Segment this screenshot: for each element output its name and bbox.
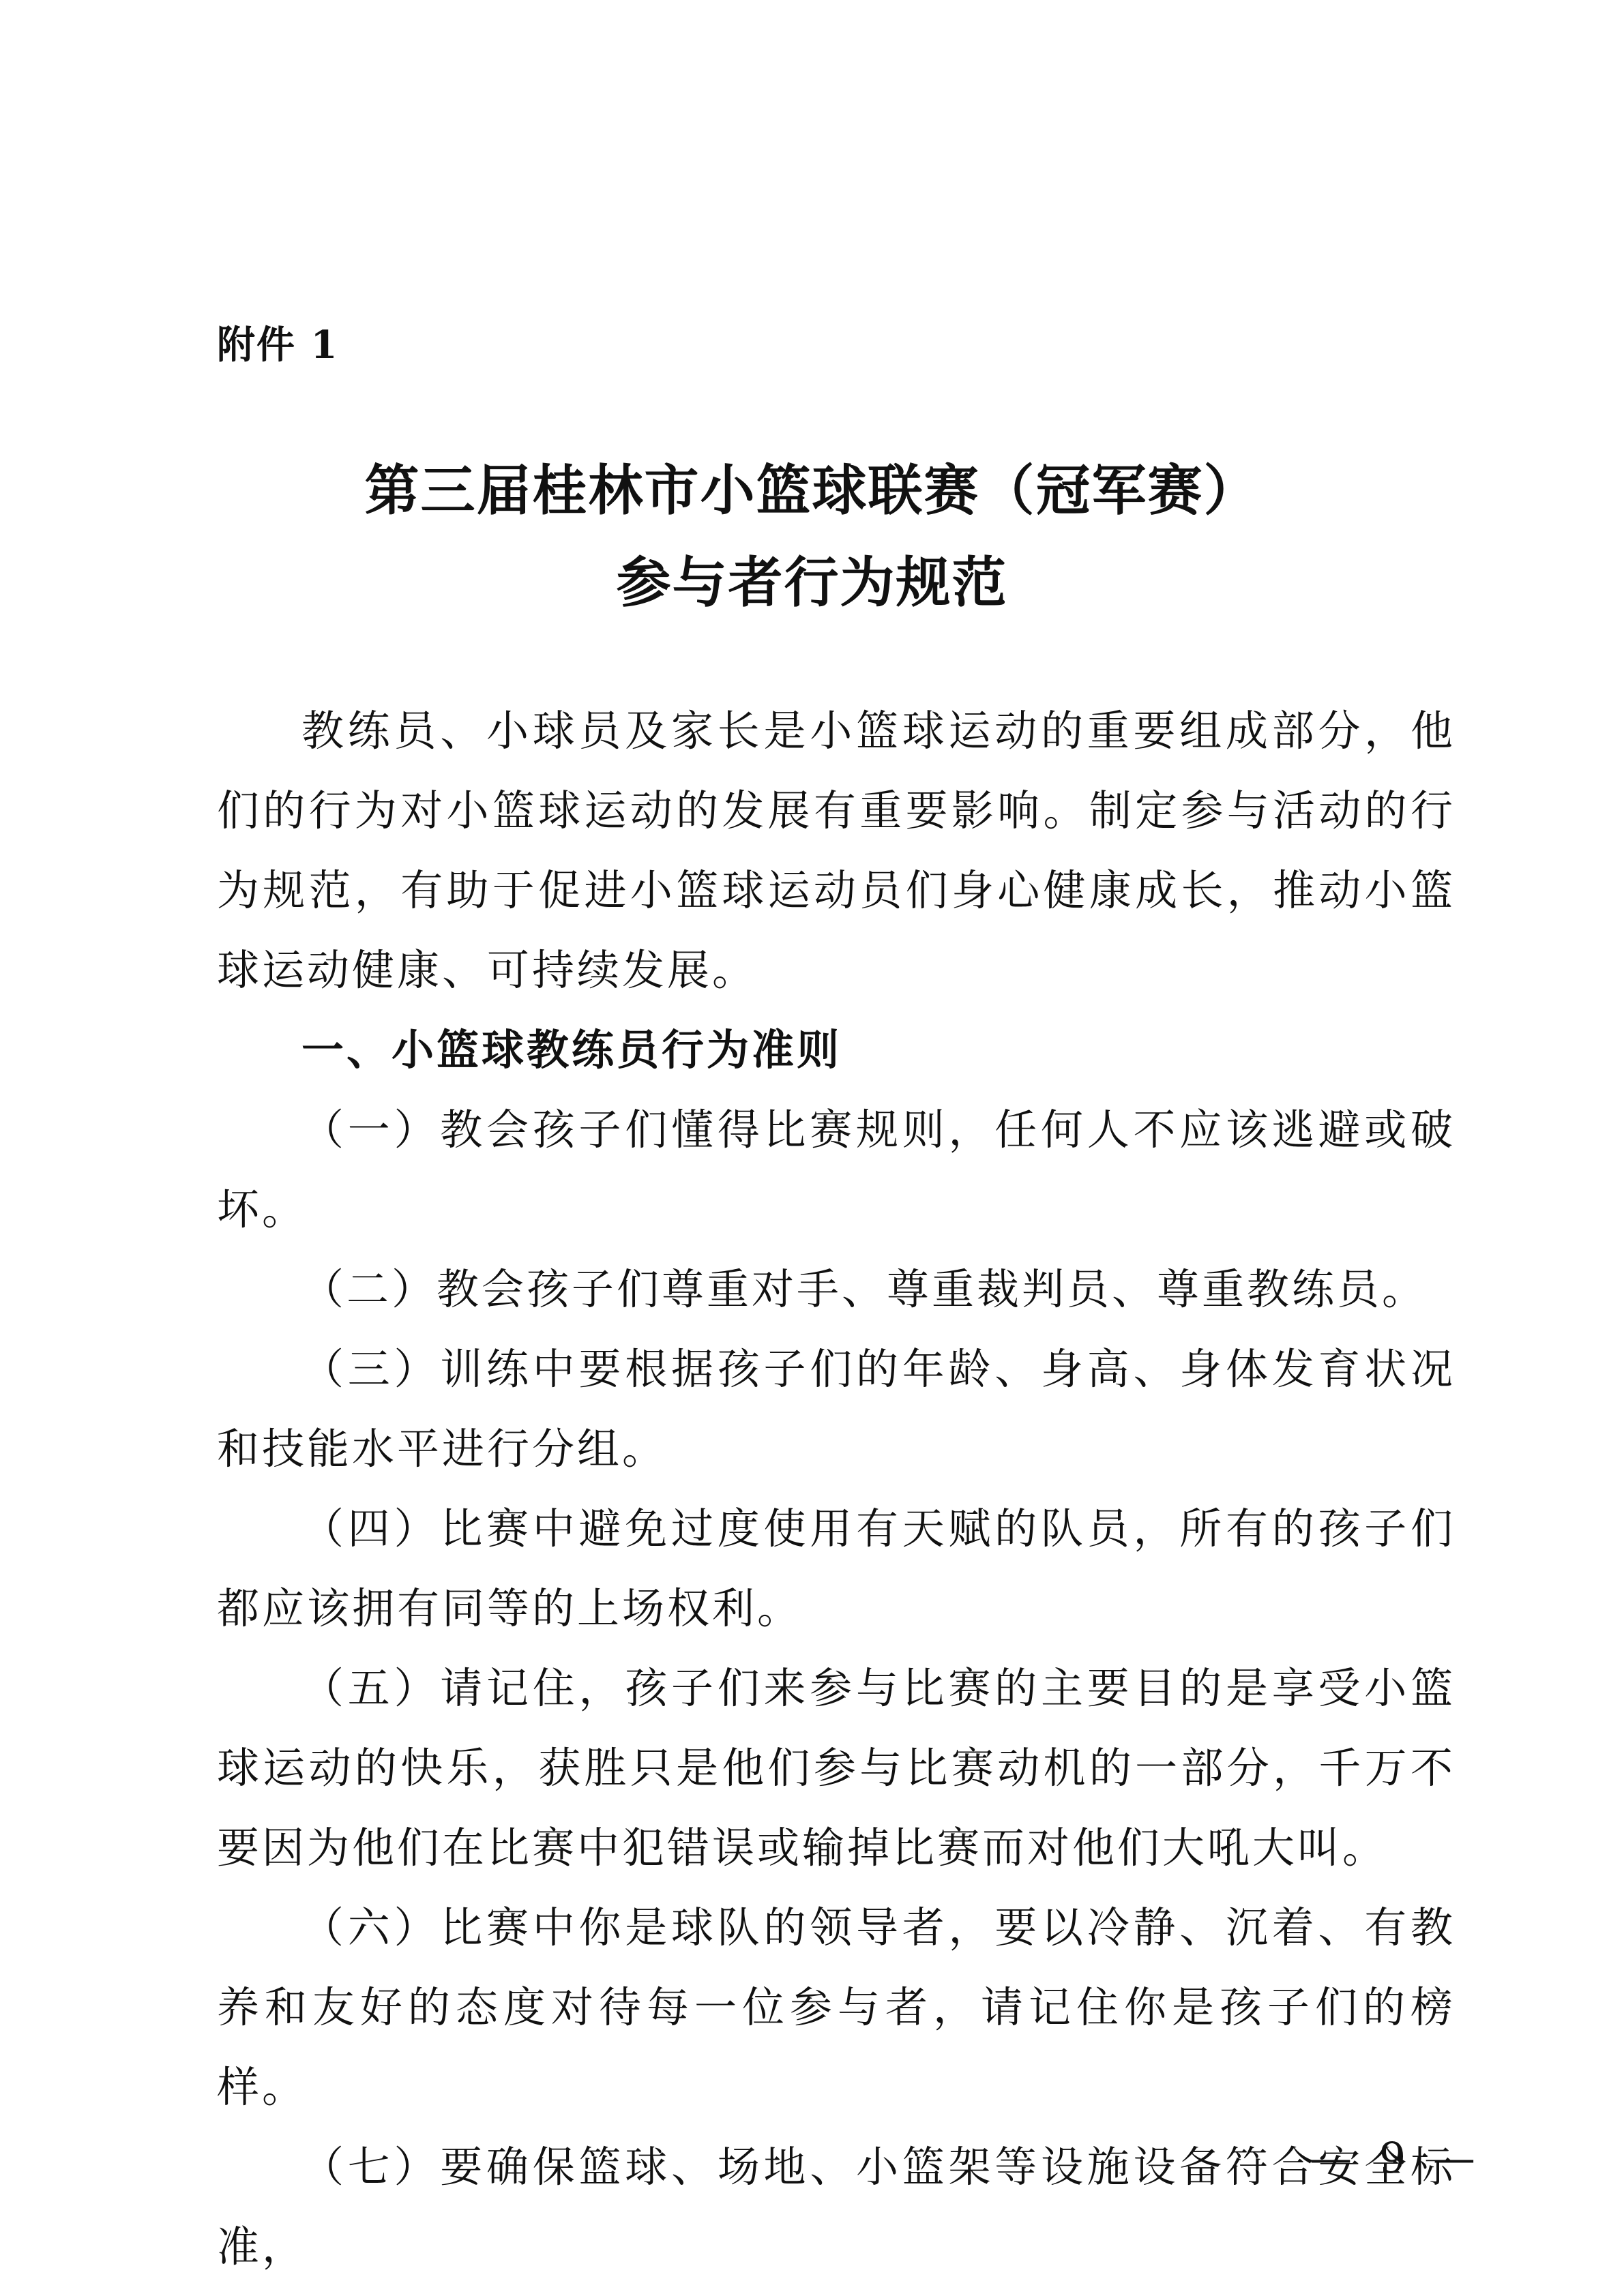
rule-item-6: （六）比赛中你是球队的领导者，要以冷静、沉着、有教养和友好的态度对待每一位参与者… bbox=[217, 1888, 1456, 2127]
rule-item-2: （二）教会孩子们尊重对手、尊重裁判员、尊重教练员。 bbox=[217, 1249, 1456, 1329]
document-body: 教练员、小球员及家长是小篮球运动的重要组成部分，他们的行为对小篮球运动的发展有重… bbox=[217, 691, 1456, 2286]
rule-item-7: （七）要确保篮球、场地、小篮架等设施设备符合安全标准， bbox=[217, 2127, 1456, 2286]
intro-paragraph: 教练员、小球员及家长是小篮球运动的重要组成部分，他们的行为对小篮球运动的发展有重… bbox=[217, 691, 1456, 1010]
page-number: — 9 — bbox=[1310, 2133, 1482, 2183]
attachment-label: 附件 1 bbox=[217, 315, 338, 370]
document-title-line-2: 参与者行为规范 bbox=[0, 539, 1624, 617]
section-heading: 一、小篮球教练员行为准则 bbox=[217, 1010, 1456, 1090]
rule-item-1: （一）教会孩子们懂得比赛规则，任何人不应该逃避或破坏。 bbox=[217, 1090, 1456, 1249]
document-title-line-1: 第三届桂林市小篮球联赛（冠军赛） bbox=[0, 447, 1624, 525]
rule-item-3: （三）训练中要根据孩子们的年龄、身高、身体发育状况和技能水平进行分组。 bbox=[217, 1329, 1456, 1489]
rule-item-4: （四）比赛中避免过度使用有天赋的队员，所有的孩子们都应该拥有同等的上场权利。 bbox=[217, 1489, 1456, 1648]
rule-item-5: （五）请记住，孩子们来参与比赛的主要目的是享受小篮球运动的快乐，获胜只是他们参与… bbox=[217, 1648, 1456, 1888]
